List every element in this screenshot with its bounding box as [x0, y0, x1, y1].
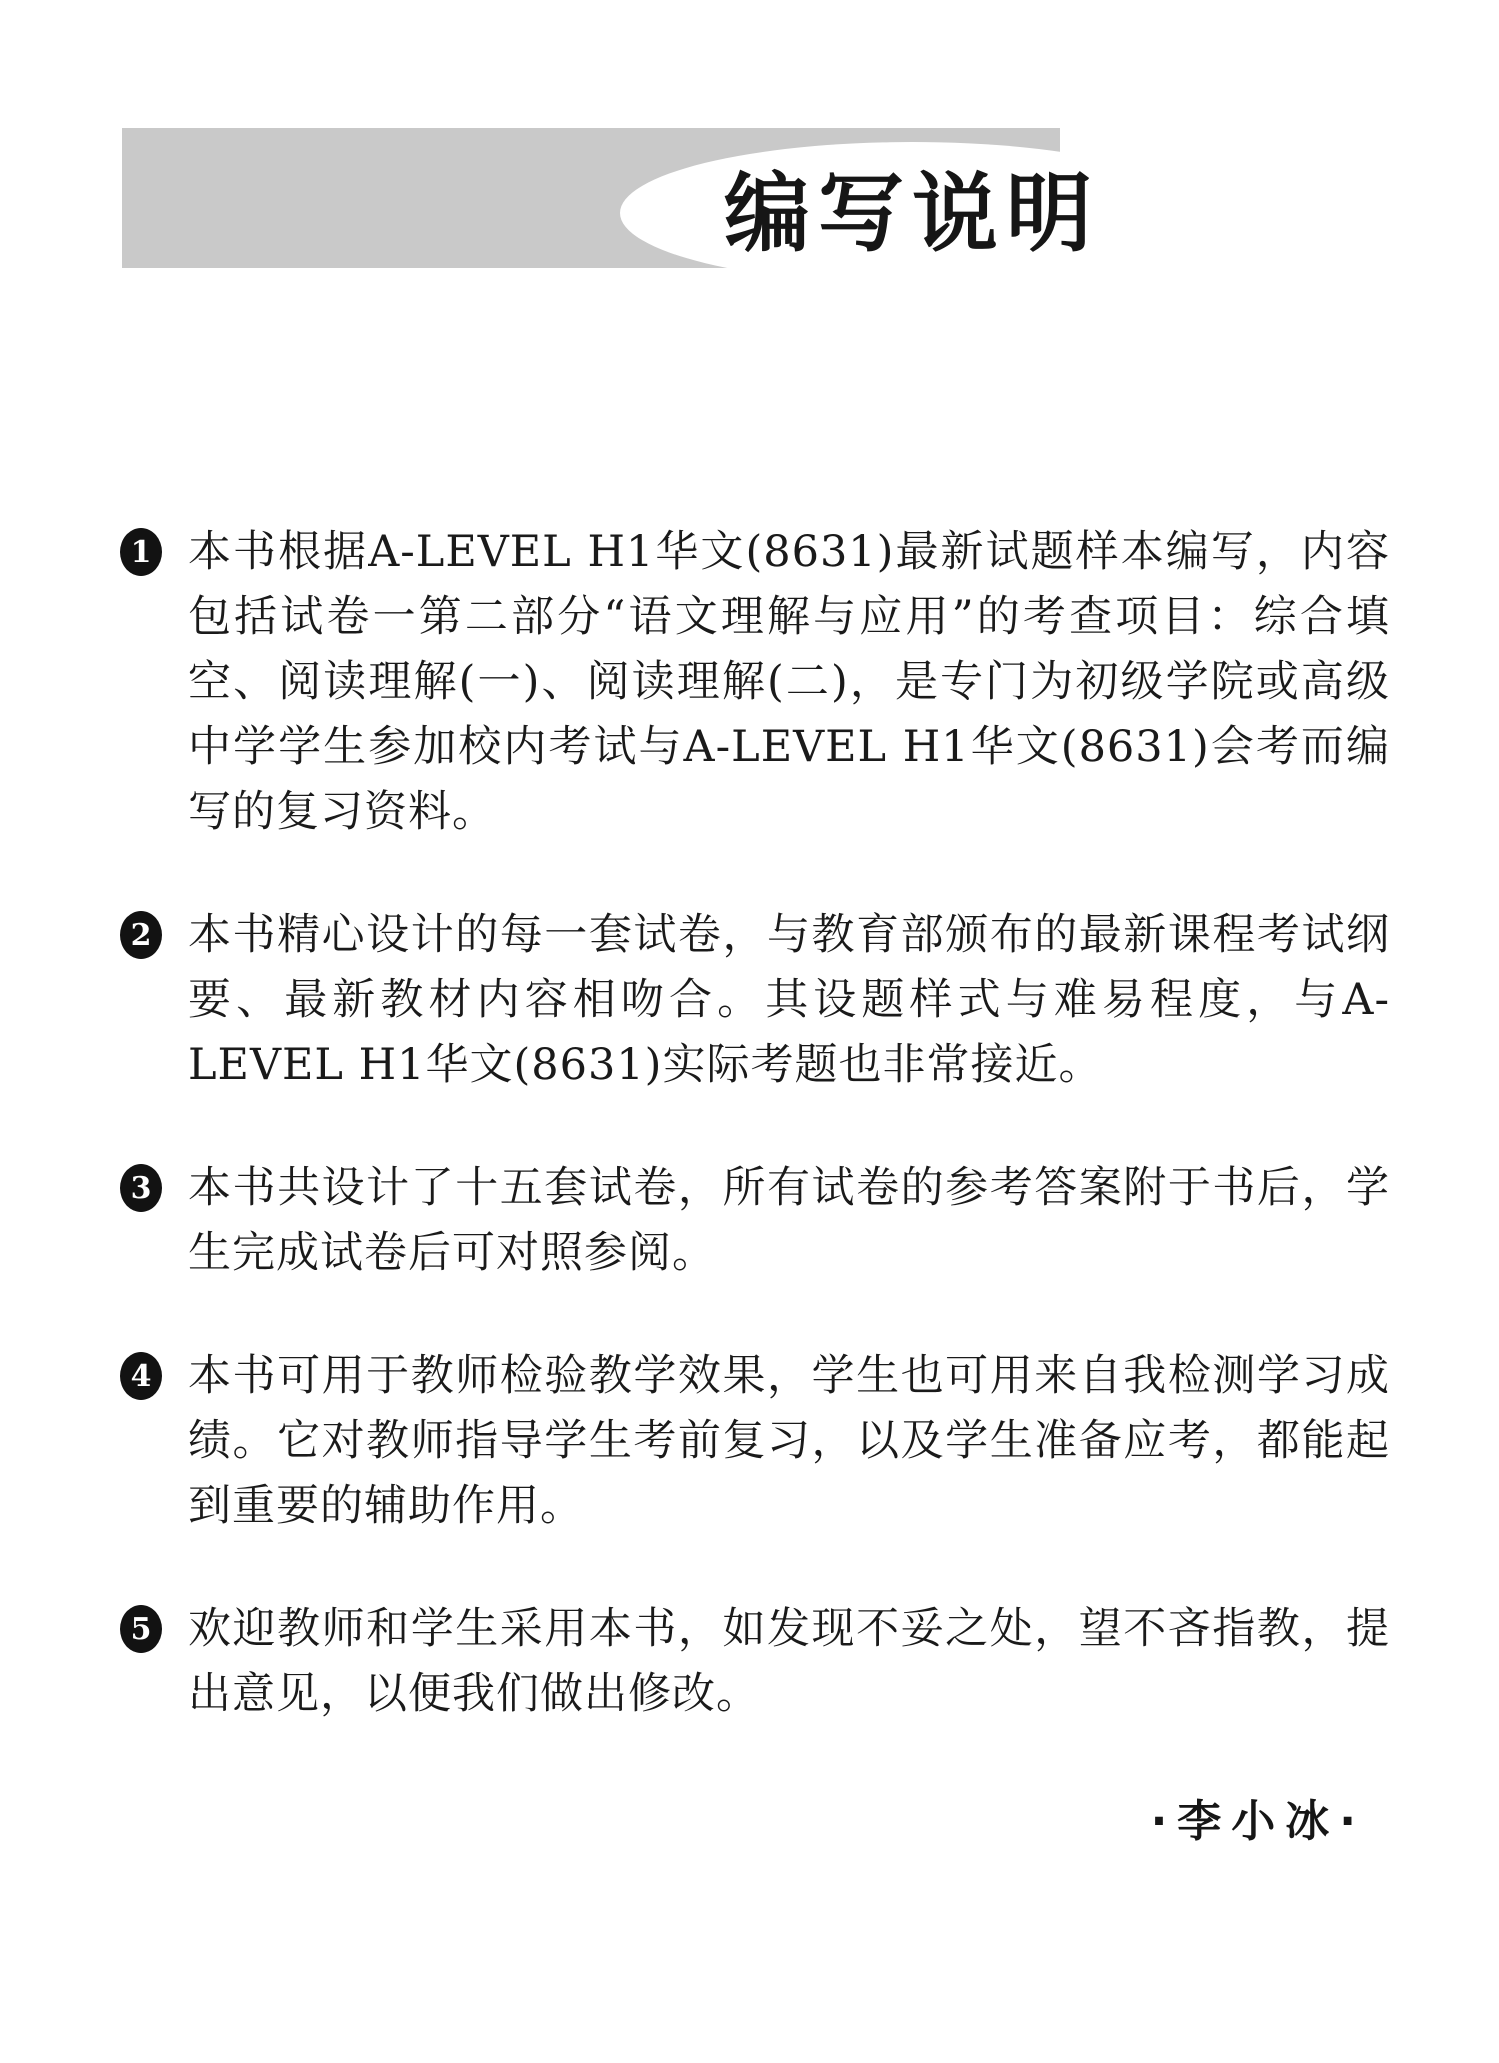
paragraph-text: 本书共设计了十五套试卷，所有试卷的参考答案附于书后，学生完成试卷后可对照参阅。 [188, 1156, 1390, 1286]
list-item: 5 欢迎教师和学生采用本书，如发现不妥之处，望不吝指教，提出意见，以便我们做出修… [120, 1597, 1390, 1727]
paragraph-text: 本书可用于教师检验教学效果，学生也可用来自我检测学习成绩。它对教师指导学生考前复… [188, 1344, 1390, 1539]
item-number-badge: 1 [120, 528, 162, 576]
list-item: 1 本书根据A-LEVEL H1华文(8631)最新试题样本编写，内容包括试卷一… [120, 520, 1390, 845]
item-number-badge: 5 [120, 1605, 162, 1653]
title-ellipse: 编写说明 [620, 142, 1204, 284]
list-item: 4 本书可用于教师检验教学效果，学生也可用来自我检测学习成绩。它对教师指导学生考… [120, 1344, 1390, 1539]
paragraph-text: 本书根据A-LEVEL H1华文(8631)最新试题样本编写，内容包括试卷一第二… [188, 520, 1390, 845]
document-page: 编写说明 1 本书根据A-LEVEL H1华文(8631)最新试题样本编写，内容… [0, 0, 1499, 2063]
paragraph-text: 欢迎教师和学生采用本书，如发现不妥之处，望不吝指教，提出意见，以便我们做出修改。 [188, 1597, 1390, 1727]
page-title: 编写说明 [724, 169, 1100, 257]
item-number-badge: 2 [120, 911, 162, 959]
list-item: 2 本书精心设计的每一套试卷，与教育部颁布的最新课程考试纲要、最新教材内容相吻合… [120, 903, 1390, 1098]
preface-body: 1 本书根据A-LEVEL H1华文(8631)最新试题样本编写，内容包括试卷一… [120, 520, 1390, 1849]
list-item: 3 本书共设计了十五套试卷，所有试卷的参考答案附于书后，学生完成试卷后可对照参阅… [120, 1156, 1390, 1286]
item-number-badge: 3 [120, 1164, 162, 1212]
item-number-badge: 4 [120, 1352, 162, 1400]
author-row: ·李小冰· [120, 1785, 1390, 1849]
paragraph-text: 本书精心设计的每一套试卷，与教育部颁布的最新课程考试纲要、最新教材内容相吻合。其… [188, 903, 1390, 1098]
author-name: ·李小冰· [1151, 1796, 1366, 1847]
title-banner: 编写说明 [122, 128, 1060, 268]
